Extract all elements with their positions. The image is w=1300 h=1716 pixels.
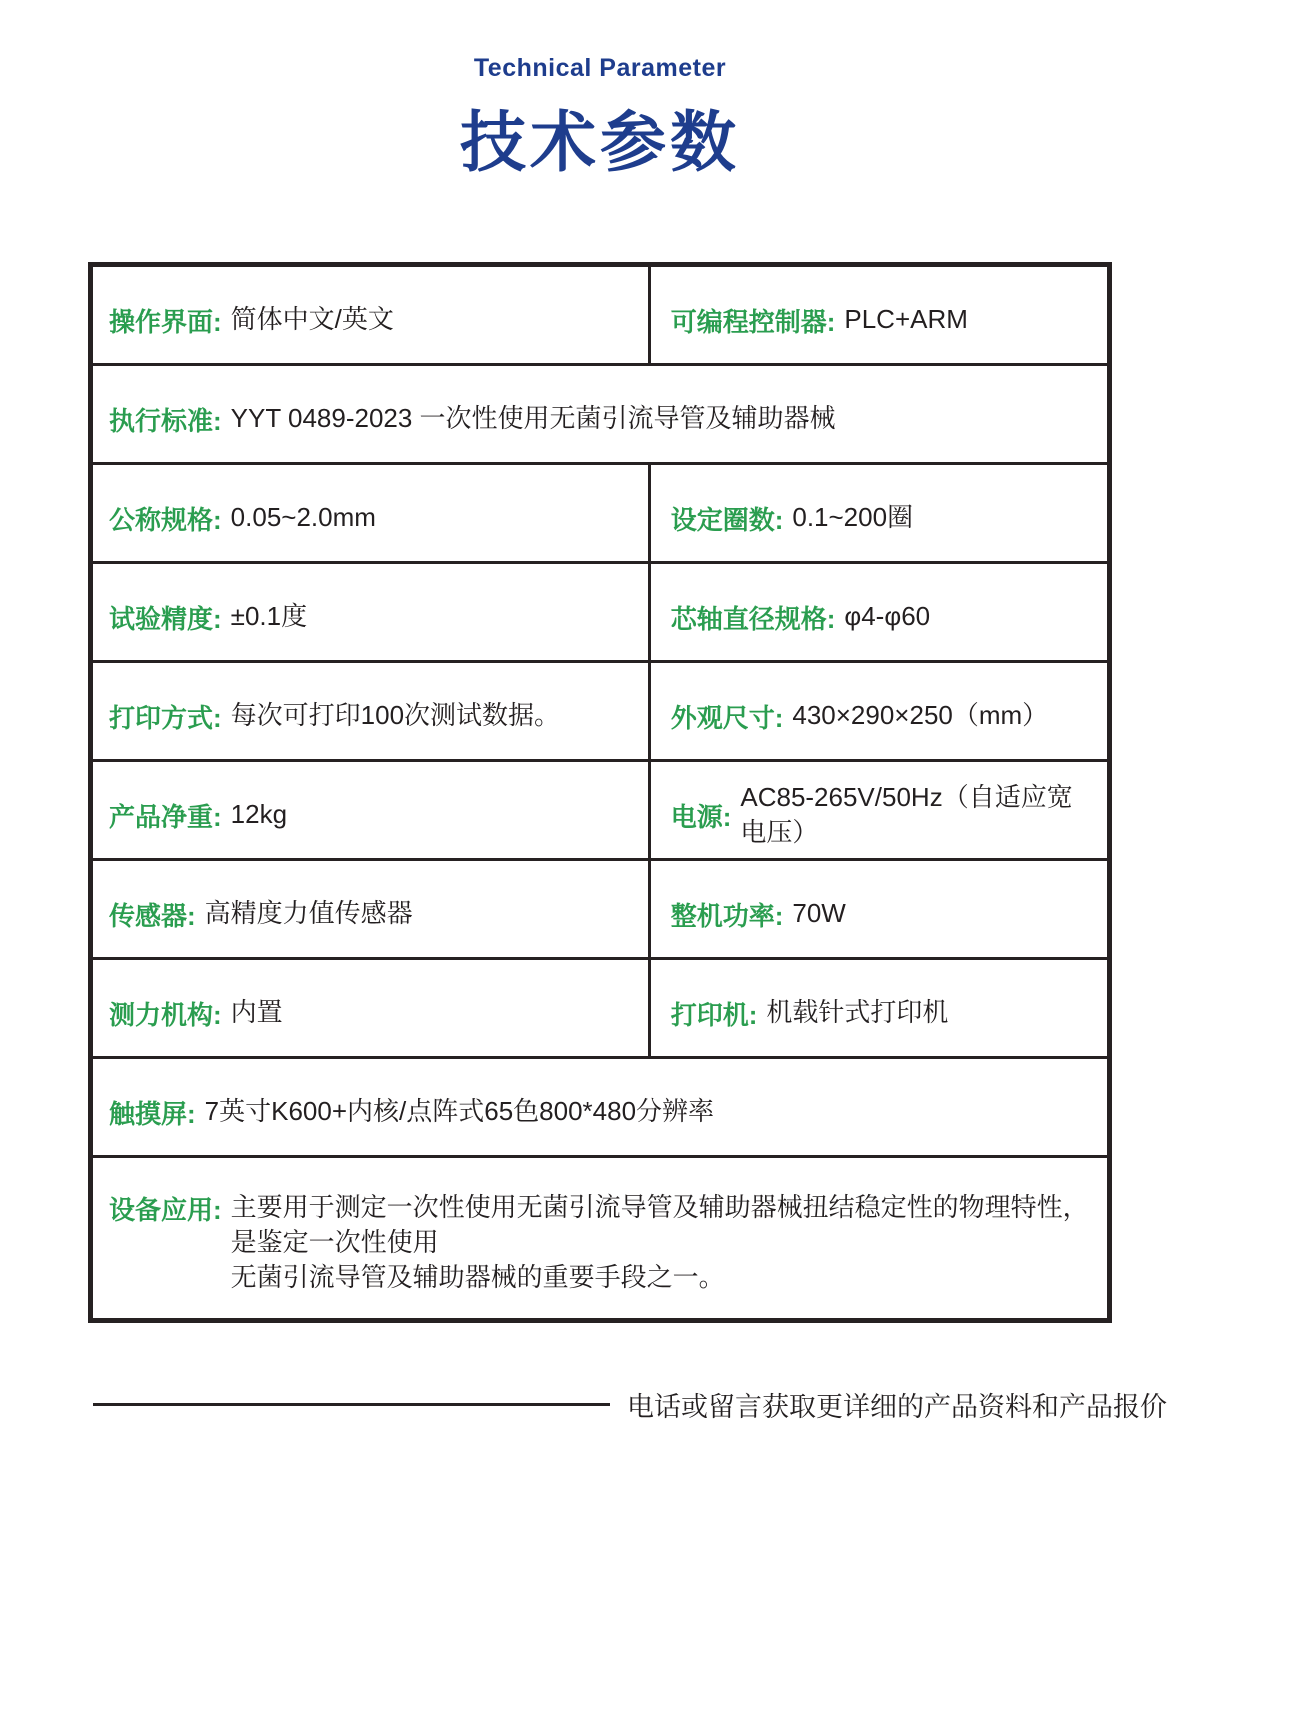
param-label: 电源: [671, 797, 732, 834]
param-value: 主要用于测定一次性使用无菌引流导管及辅助器械扭结稳定性的物理特性，是鉴定一次性使… [231, 1190, 1093, 1295]
param-label: 打印机: [671, 995, 758, 1032]
param-label: 触摸屏: [109, 1094, 196, 1131]
table-cell: 设备应用:主要用于测定一次性使用无菌引流导管及辅助器械扭结稳定性的物理特性，是鉴… [93, 1158, 1107, 1318]
table-row: 产品净重:12kg电源:AC85-265V/50Hz（自适应宽电压） [93, 762, 1107, 861]
table-cell: 执行标准:YYT 0489-2023 一次性使用无菌引流导管及辅助器械 [93, 366, 1107, 462]
table-cell: 外观尺寸:430×290×250（mm） [651, 663, 1107, 759]
table-cell: 操作界面:简体中文/英文 [93, 267, 651, 363]
table-row: 传感器:高精度力值传感器整机功率:70W [93, 861, 1107, 960]
table-row: 测力机构:内置打印机:机载针式打印机 [93, 960, 1107, 1059]
param-value: AC85-265V/50Hz（自适应宽电压） [740, 780, 1093, 850]
table-cell: 产品净重:12kg [93, 762, 651, 858]
table-cell: 整机功率:70W [651, 861, 1107, 957]
footer-divider-line [93, 1403, 610, 1406]
table-cell: 芯轴直径规格:φ4-φ60 [651, 564, 1107, 660]
param-label: 测力机构: [109, 995, 222, 1032]
param-label: 设定圈数: [671, 500, 784, 537]
param-value: 430×290×250（mm） [792, 698, 1048, 733]
table-cell: 触摸屏:7英寸K600+内核/点阵式65色800*480分辨率 [93, 1059, 1107, 1155]
table-row: 触摸屏:7英寸K600+内核/点阵式65色800*480分辨率 [93, 1059, 1107, 1158]
param-value: 每次可打印100次测试数据。 [231, 698, 560, 733]
param-value: 7英寸K600+内核/点阵式65色800*480分辨率 [205, 1094, 714, 1129]
param-label: 传感器: [109, 896, 196, 933]
page-subtitle: Technical Parameter [88, 54, 1112, 83]
page-header: Technical Parameter 技术参数 [88, 0, 1112, 184]
table-row: 公称规格:0.05~2.0mm设定圈数:0.1~200圈 [93, 465, 1107, 564]
table-cell: 打印方式:每次可打印100次测试数据。 [93, 663, 651, 759]
table-row: 打印方式:每次可打印100次测试数据。外观尺寸:430×290×250（mm） [93, 663, 1107, 762]
param-value: 简体中文/英文 [231, 302, 394, 337]
param-value: YYT 0489-2023 一次性使用无菌引流导管及辅助器械 [231, 401, 836, 436]
page-title: 技术参数 [88, 89, 1112, 184]
table-row: 操作界面:简体中文/英文可编程控制器:PLC+ARM [93, 267, 1107, 366]
param-value: 内置 [231, 995, 283, 1030]
param-label: 外观尺寸: [671, 698, 784, 735]
param-value: 0.1~200圈 [792, 500, 913, 535]
param-label: 操作界面: [109, 302, 222, 339]
param-label: 可编程控制器: [671, 302, 836, 339]
table-cell: 电源:AC85-265V/50Hz（自适应宽电压） [651, 762, 1107, 858]
table-cell: 可编程控制器:PLC+ARM [651, 267, 1107, 363]
param-value: 12kg [231, 797, 287, 832]
table-row: 设备应用:主要用于测定一次性使用无菌引流导管及辅助器械扭结稳定性的物理特性，是鉴… [93, 1158, 1107, 1318]
table-row: 执行标准:YYT 0489-2023 一次性使用无菌引流导管及辅助器械 [93, 366, 1107, 465]
param-label: 打印方式: [109, 698, 222, 735]
param-label: 产品净重: [109, 797, 222, 834]
table-cell: 设定圈数:0.1~200圈 [651, 465, 1107, 561]
param-value: 高精度力值传感器 [205, 896, 413, 931]
param-label: 芯轴直径规格: [671, 599, 836, 636]
table-cell: 打印机:机载针式打印机 [651, 960, 1107, 1056]
param-value: 70W [792, 896, 845, 931]
param-label: 整机功率: [671, 896, 784, 933]
page-content: Technical Parameter 技术参数 操作界面:简体中文/英文可编程… [88, 0, 1112, 1323]
param-label: 公称规格: [109, 500, 222, 537]
table-row: 试验精度:±0.1度芯轴直径规格:φ4-φ60 [93, 564, 1107, 663]
param-label: 设备应用: [109, 1190, 222, 1227]
param-label: 试验精度: [109, 599, 222, 636]
param-label: 执行标准: [109, 401, 222, 438]
param-value: 0.05~2.0mm [231, 500, 376, 535]
table-cell: 传感器:高精度力值传感器 [93, 861, 651, 957]
param-value: PLC+ARM [844, 302, 968, 337]
table-cell: 测力机构:内置 [93, 960, 651, 1056]
table-cell: 试验精度:±0.1度 [93, 564, 651, 660]
param-value: 机载针式打印机 [766, 995, 948, 1030]
param-value: φ4-φ60 [844, 599, 930, 634]
page-footer: 电话或留言获取更详细的产品资料和产品报价 [93, 1385, 1300, 1424]
spec-table: 操作界面:简体中文/英文可编程控制器:PLC+ARM执行标准:YYT 0489-… [88, 262, 1112, 1323]
param-value: ±0.1度 [231, 599, 307, 634]
table-cell: 公称规格:0.05~2.0mm [93, 465, 651, 561]
footer-note: 电话或留言获取更详细的产品资料和产品报价 [627, 1385, 1167, 1424]
